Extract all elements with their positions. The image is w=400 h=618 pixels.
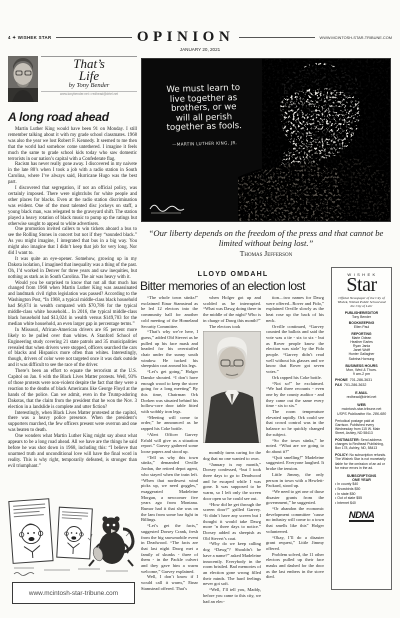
article-paragraph: Orville continued, “Garvey counted the b… — [266, 324, 324, 375]
reporter-name: Sabrina Hornung — [335, 357, 388, 361]
article-paragraph: There’s been an effort to equate the ter… — [8, 369, 137, 410]
jefferson-quote: “Our liberty depends on the freedom of t… — [141, 228, 391, 248]
fax-number: 701-286-3632 — [344, 383, 366, 388]
column-title-line2: Life — [41, 70, 137, 82]
periodical-notice: Periodical postage paid at Garrison. Pub… — [335, 419, 388, 436]
column-byline: by Tony Bender — [41, 82, 137, 89]
column-contact-line: www.tonybender.net • redhead@drtel.net — [41, 91, 137, 97]
bender-column: That’s Life by Tony Bender www.tonybende… — [8, 56, 137, 470]
article-paragraph: “How did he get through the screen door?… — [203, 502, 261, 542]
fax-row: FAX 701-286-3632 — [335, 383, 388, 388]
phone-row: PHONE 701-286-3631 — [335, 378, 388, 383]
omdahl-column-1: “The whole town stinks!” exclaimed Einar… — [141, 295, 198, 618]
page-header: 4 ✦ WISHEK STAR OPINION WWW.MCINTOSH-STA… — [8, 29, 392, 46]
masthead-official-line: Official Newspaper of the City of Wishek… — [335, 296, 388, 309]
fax-label: FAX — [335, 383, 342, 388]
masthead-title: Star — [335, 277, 388, 294]
newspaper-opinion-page: 4 ✦ WISHEK STAR OPINION WWW.MCINTOSH-STA… — [0, 0, 400, 618]
article-paragraph: Ork rapped his Coke bottle. — [266, 375, 324, 381]
subscription-rate: • Internet $40 — [335, 501, 388, 506]
article-paragraph: “Tell us why this town stinks,” demanded… — [141, 455, 198, 523]
subscription-rates: • In county $40• Snowbirds $50• In state… — [335, 482, 388, 505]
omdahl-column-3: tion....two names for Dawg were offered.… — [266, 295, 324, 607]
omdahl-headline: Bitter memories of an election lost — [140, 279, 326, 293]
column-masthead: That’s Life by Tony Bender www.tonybende… — [8, 56, 137, 104]
reporter-names: Marie OdeanHeather EarlesRyan JaniaJanet… — [335, 336, 388, 361]
bender-body: Martin Luther King would have been 91 on… — [8, 127, 137, 470]
mlk-quote-line: together as fools. — [150, 122, 258, 134]
article-paragraph: tion....two names for Dawg were offered.… — [266, 295, 324, 324]
article-paragraph: Little Jimmy, the only person in town wi… — [266, 472, 324, 489]
cartoonist-signature — [14, 573, 34, 576]
article-paragraph: The room temperature elevated rapidly. O… — [266, 409, 324, 438]
article-paragraph: One wonders what Martin Luther King migh… — [8, 434, 137, 469]
lloyd-omdahl-photo — [203, 331, 261, 443]
omdahl-column-2-bottom: monthly turns caring for the dog that no… — [203, 450, 261, 604]
article-paragraph: Would you be surprised to know that not … — [8, 281, 137, 328]
article-paragraph: Interestingly, when Black Lives Matter p… — [8, 411, 137, 435]
article-paragraph: “Let’s get the facts,” suggested Dorsey … — [141, 523, 198, 574]
article-paragraph: “Let’s get going,” Holger Danske shouted… — [141, 369, 198, 415]
phone-label: PHONE — [335, 378, 348, 383]
article-paragraph: In Missouri, African-American drivers ar… — [8, 328, 137, 369]
ndna-logo: NDNA — [349, 511, 374, 522]
publisher-name: Tony Bender — [335, 315, 388, 319]
article-paragraph: “Okay, I’ll do a disaster grant request,… — [266, 535, 324, 552]
cartoon-critter — [88, 516, 133, 566]
header-website: WWW.MCINTOSH-STAR-TRIBUNE.COM — [320, 35, 392, 40]
article-paragraph: Well, I don’t know if I would call it wa… — [141, 574, 198, 591]
article-paragraph: “Why do we keep calling dog “Dawg”? Shou… — [203, 541, 261, 587]
article-paragraph: It was quite an eye-opener. Somehow, gro… — [8, 257, 137, 281]
web-address: mcintosh-star-tribune.net — [335, 407, 388, 411]
bender-headline: A long road ahead — [8, 110, 137, 124]
article-paragraph: when Holger got up and scolded as he int… — [203, 295, 261, 324]
article-paragraph: I discovered that segregation, if not an… — [8, 186, 137, 227]
article-paragraph: One promotion invited callers to win tic… — [8, 227, 137, 257]
article-paragraph: Problem solved, the 11 other electors pu… — [266, 552, 324, 581]
article-paragraph: “So the town stinks,” he noted. “What ar… — [266, 438, 324, 455]
omdahl-column-2: when Holger got up and scolded as he int… — [203, 295, 261, 607]
mlk-editorial-cartoon: We must learn tolive together asbrothers… — [141, 58, 391, 222]
article-paragraph: “Alert Officer Garvey Erfald will give u… — [141, 432, 198, 455]
postmaster-notice: POSTMASTER: Send address changes to Redh… — [335, 438, 388, 451]
masthead-sidebar: WISHEK Star Official Newspaper of the Ci… — [331, 267, 392, 590]
article-paragraph: “Not so!” he exclaimed. “We had three re… — [266, 381, 324, 410]
article-paragraph: “January is my month,” Dorsey confessed,… — [203, 462, 261, 502]
jefferson-attribution: Thomas Jefferson — [141, 249, 391, 258]
omdahl-byline: LLOYD OMDAHL — [141, 271, 325, 278]
article-paragraph: “Quit smelling!” Madeleine suggested. Ev… — [266, 455, 324, 472]
article-paragraph: Martin Luther King would have been 91 on… — [8, 127, 137, 162]
article-paragraph: “Meeting will come to order,” he announc… — [141, 415, 198, 432]
section-title: OPINION — [137, 29, 234, 46]
policy-notice: POLICY: No subscription refunds. The Wis… — [335, 453, 388, 470]
article-paragraph: monthly turns caring for the dog that no… — [203, 450, 261, 461]
mlk-quote-lines: We must learn tolive together asbrothers… — [149, 84, 258, 135]
jefferson-quote-block: “Our liberty depends on the freedom of t… — [141, 228, 391, 258]
phone-number: 701-286-3631 — [350, 378, 372, 383]
page-number-label: 4 ✦ WISHEK STAR — [8, 35, 51, 41]
header-rule-left — [56, 37, 131, 38]
issue-date: JANUARY 20, 2021 — [120, 47, 280, 52]
header-rule-right — [239, 37, 314, 38]
article-paragraph: “We need to get one of those disaster gr… — [266, 489, 324, 506]
email-address: redhead@drtel.net — [335, 395, 388, 399]
omdahl-column-2-top: when Holger got up and scolded as he int… — [203, 295, 261, 329]
bookkeeper-name: Ellen Paul — [335, 325, 388, 329]
column-title-block: That’s Life by Tony Bender www.tonybende… — [41, 56, 137, 104]
article-paragraph: “Or abandon the economic development com… — [266, 506, 324, 535]
usps-line: USPS Publication No. 286-680 — [335, 412, 388, 416]
business-hours-time: 9 am-2 pm — [335, 372, 388, 376]
website-box-text: www.mcintosh-star-tribune.com — [29, 590, 118, 597]
tony-bender-photo — [8, 56, 38, 102]
website-box: www.mcintosh-star-tribune.com — [12, 582, 135, 604]
article-paragraph: Racism has never really gone away. I dis… — [8, 162, 137, 186]
article-paragraph: “The whole town stinks!” exclaimed Einar… — [141, 295, 198, 329]
article-paragraph: “Well, I’ll tell you, Maddy, before you … — [203, 587, 261, 604]
mlk-quote-block: We must learn tolive together asbrothers… — [149, 84, 259, 150]
article-paragraph: “That’s why we’re here, I guess,” added … — [141, 329, 198, 369]
article-paragraph: The electors took — [203, 324, 261, 330]
election-placards-cartoon — [8, 494, 136, 578]
